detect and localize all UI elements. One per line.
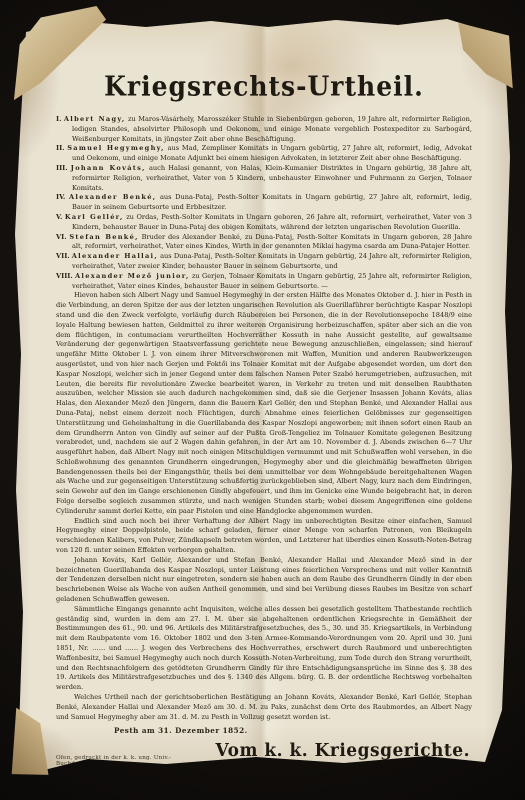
body-paragraph: Johann Kováts, Karl Gellér, Alexander un… <box>56 556 472 605</box>
defendant-name: Albert Nagy, <box>64 115 126 123</box>
defendant-name: Alexander Mező junior, <box>75 272 190 280</box>
defendant-numeral: III. <box>56 164 68 172</box>
defendant-numeral: II. <box>56 144 64 152</box>
defendant-numeral: VI. <box>56 233 67 241</box>
defendant-name: Johann Kováts, <box>71 164 146 172</box>
defendant-name: Stefan Benké, <box>69 233 138 241</box>
defendant-numeral: IV. <box>56 193 65 201</box>
defendant-item: IV. Alexander Benké, aus Duna-Pataj, Pes… <box>56 193 472 213</box>
defendant-item: VI. Stefan Benké, Bruder des Alexander B… <box>56 233 472 253</box>
body-paragraph: Welches Urtheil nach der gerichtsoberlic… <box>56 693 472 722</box>
defendant-item: I. Albert Nagy, zu Maros-Vásárhely, Maro… <box>56 115 472 144</box>
dateline: Pesth am 31. Dezember 1852. <box>114 726 472 735</box>
defendant-name: Karl Gellér, <box>65 213 124 221</box>
defendant-name: Samuel Hegymeghy, <box>67 144 165 152</box>
defendant-text: zu Ordas, Pesth-Solter Komitats in Ungar… <box>72 213 472 231</box>
body-paragraph: Sämmtliche Eingangs genannte acht Inquis… <box>56 605 472 693</box>
defendant-item: V. Karl Gellér, zu Ordas, Pesth-Solter K… <box>56 213 472 233</box>
defendant-name: Alexander Benké, <box>69 193 156 201</box>
defendant-list: I. Albert Nagy, zu Maros-Vásárhely, Maro… <box>56 115 472 291</box>
body-paragraph: Endlich sind auch noch bei ihrer Verhaft… <box>56 517 472 556</box>
defendant-item: VIII. Alexander Mező junior, zu Gerjen, … <box>56 272 472 292</box>
defendant-numeral: VIII. <box>56 272 73 280</box>
defendant-numeral: VII. <box>56 252 70 260</box>
defendant-item: VII. Alexander Hallai, aus Duna-Pataj, P… <box>56 252 472 272</box>
defendant-item: III. Johann Kováts, auch Halasi genannt,… <box>56 164 472 193</box>
defendant-numeral: V. <box>56 213 62 221</box>
document-paper: Kriegsrechts-Urtheil. I. Albert Nagy, zu… <box>6 12 516 788</box>
defendant-item: II. Samuel Hegymeghy, aus Mad, Zempliner… <box>56 144 472 164</box>
defendant-numeral: I. <box>56 115 61 123</box>
document-title: Kriegsrechts-Urtheil. <box>56 71 472 102</box>
document-content: Kriegsrechts-Urtheil. I. Albert Nagy, zu… <box>56 50 472 767</box>
defendant-text: zu Maros-Vásárhely, Marosszéker Stuhle i… <box>72 115 472 143</box>
defendant-name: Alexander Hallai, <box>72 252 158 260</box>
body-paragraph: Hievon haben sich Albert Nagy und Samuel… <box>56 291 472 516</box>
judgment-body: Hievon haben sich Albert Nagy und Samuel… <box>56 291 472 722</box>
